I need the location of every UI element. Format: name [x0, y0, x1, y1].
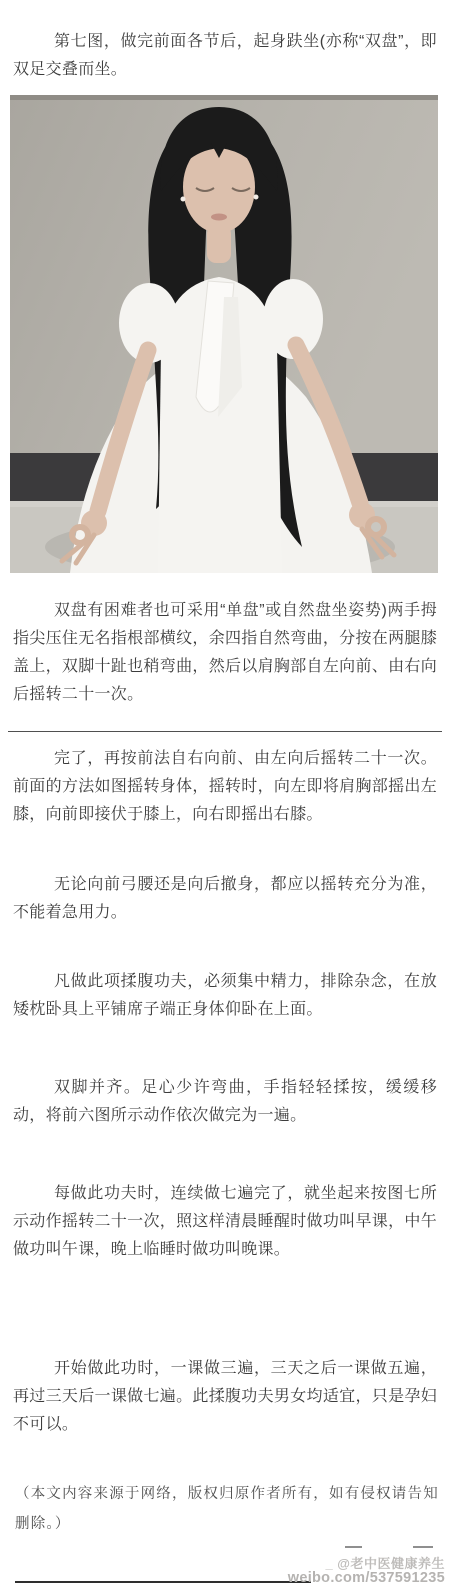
- footer-rule: [15, 1581, 311, 1583]
- para-daily-sessions: 每做此功夫时，连续做七遍完了，就坐起来按图七所示动作摇转二十一次，照这样清晨睡醒…: [13, 1180, 437, 1264]
- article-page: 第七图，做完前面各节后，起身趺坐(亦称“双盘”，即双足交叠而坐。: [0, 0, 449, 1594]
- section-divider: [8, 731, 442, 732]
- para-reverse-rotation: 完了，再按前法自右向前、由左向后摇转二十一次。前面的方法如图摇转身体，摇转时，向…: [13, 745, 437, 829]
- photo-top-edge: [10, 95, 438, 100]
- para-feet-together: 双脚并齐。足心少许弯曲，手指轻轻揉按，缓缓移动，将前六图所示动作依次做完为一遍。: [13, 1074, 437, 1130]
- para-single-lotus-alternative: 双盘有困难者也可采用“单盘”或自然盘坐姿势)两手拇指尖压住无名指根部横纹，余四指…: [13, 597, 437, 709]
- para-progression-pregnancy-note: 开始做此功时，一课做三遍，三天之后一课做五遍，再过三天后一课做七遍。此揉腹功夫男…: [13, 1355, 437, 1439]
- woman-left-earring: [181, 197, 186, 202]
- woman-right-earring: [254, 195, 259, 200]
- para-no-rushing: 无论向前弓腰还是向后撤身，都应以摇转充分为准，不能着急用力。: [13, 871, 437, 927]
- weibo-url-watermark: weibo.com/537591235: [288, 1570, 445, 1586]
- watermark-dash-left: [345, 1546, 362, 1548]
- para-focus-lie-flat: 凡做此项揉腹功夫，必须集中精力，排除杂念，在放矮枕卧具上平铺席子端正身体仰卧在上…: [13, 968, 437, 1024]
- meditation-photo: [10, 95, 438, 573]
- copyright-disclaimer: （本文内容来源于网络，版权归原作者所有，如有侵权请告知删除。）: [15, 1479, 439, 1539]
- para-seventh-figure: 第七图，做完前面各节后，起身趺坐(亦称“双盘”，即双足交叠而坐。: [13, 28, 437, 84]
- woman-lips: [211, 214, 227, 221]
- meditation-photo-illustration: [10, 95, 438, 573]
- watermark-dash-right: [413, 1546, 433, 1548]
